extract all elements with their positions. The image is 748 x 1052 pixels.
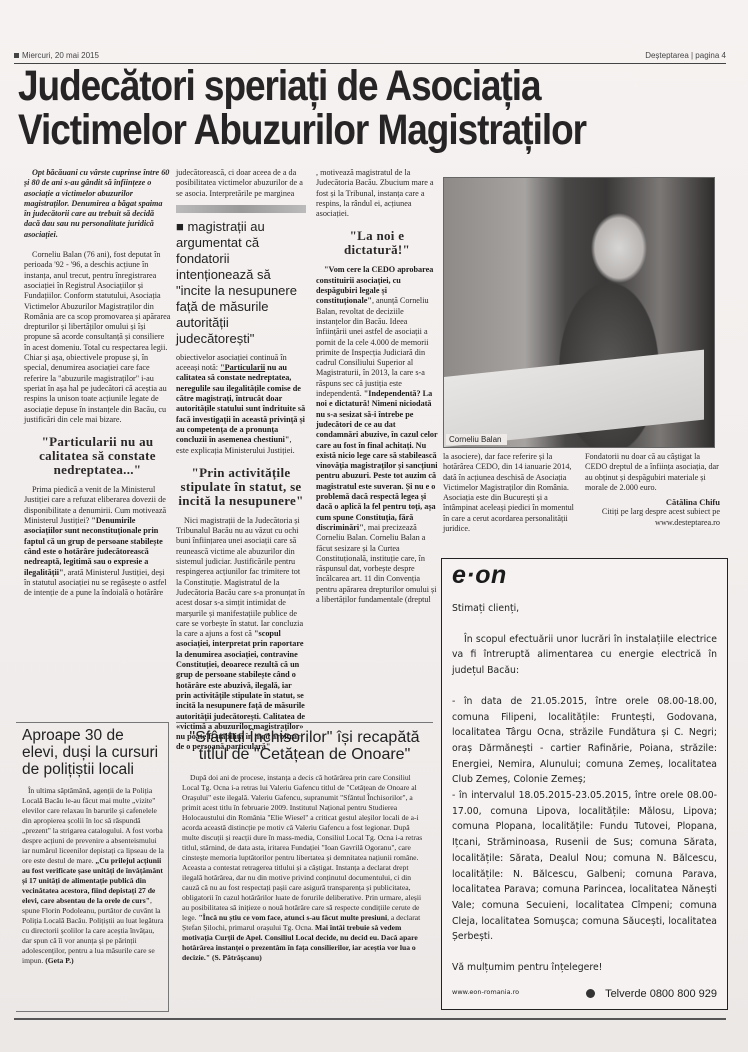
article-paragraph: După doi ani de procese, instanța a deci…	[182, 773, 427, 963]
outage-item: - în intervalul 18.05.2015-23.05.2015, î…	[452, 788, 717, 945]
main-article-col-4: la asociere), dar face referire și la ho…	[443, 452, 578, 534]
subheading: "La noi e dictatură!"	[316, 229, 438, 257]
subheading: "Particularii nu au calitatea să constat…	[24, 435, 171, 477]
eon-logo: e·on	[452, 561, 717, 589]
photo-documents	[444, 350, 704, 447]
article-lead: Opt băcăuani cu vârste cuprinse între 60…	[24, 168, 171, 240]
article-paragraph: la asociere), dar face referire și la ho…	[443, 452, 578, 534]
issue-date: Miercuri, 20 mai 2015	[14, 51, 99, 60]
eon-advertisement: e·on Stimați clienți, În scopul efectuăr…	[441, 558, 728, 1010]
article-paragraph: obiectivelor asociației continuă în acee…	[176, 353, 306, 456]
ad-thanks: Vă mulțumim pentru înțelegere!	[452, 960, 717, 976]
article-paragraph: Fondatorii nu doar că au câștigat la CED…	[585, 452, 720, 493]
ad-footer: www.eon-romania.ro Telverde 0800 800 929	[452, 987, 717, 1003]
article-paragraph: Prima piedică a venit de la Ministerul J…	[24, 485, 171, 598]
pull-quote: ■ magistrații au argumentat că fondatori…	[176, 219, 306, 347]
students-article-title: Aproape 30 de elevi, duși la cursuri de …	[22, 727, 164, 778]
photo-corneliu-balan: Corneliu Balan	[443, 177, 715, 448]
ad-intro: În scopul efectuării unor lucrări în ins…	[452, 632, 717, 679]
main-article-col-3: , motivează magistratul de la Judecători…	[316, 168, 438, 605]
article-paragraph: În ultima săptămână, agenții de la Poliț…	[22, 786, 164, 966]
read-more-link[interactable]: Citiți pe larg despre acest subiect pe w…	[585, 507, 720, 528]
article-paragraph: "Vom cere la CEDO aprobarea constituirii…	[316, 265, 438, 605]
article-paragraph: Corneliu Balan (76 ani), fost deputat în…	[24, 250, 171, 425]
main-article-col-1: Opt băcăuani cu vârste cuprinse între 60…	[24, 168, 171, 598]
bottom-rule	[14, 1018, 726, 1020]
article-paragraph: Nici magistrații de la Judecătoria și Tr…	[176, 516, 306, 753]
eon-website-link[interactable]: www.eon-romania.ro	[452, 985, 519, 1001]
photo-caption: Corneliu Balan	[446, 434, 507, 445]
article-author: Cătălina Chifu	[585, 497, 720, 507]
students-article: Aproape 30 de elevi, duși la cursuri de …	[16, 722, 169, 1012]
article-paragraph: judecătorească, ci doar aceea de a da po…	[176, 168, 306, 199]
main-article-col-5: Fondatorii nu doar că au câștigat la CED…	[585, 452, 720, 528]
publication-page: Deșteptarea | pagina 4	[645, 51, 726, 60]
gafencu-article-title: "Sfântul Închisorilor" își recapătă titl…	[182, 729, 427, 763]
article-paragraph: , motivează magistratul de la Judecători…	[316, 168, 438, 219]
outage-item: - în data de 21.05.2015, între orele 08.…	[452, 694, 717, 788]
ad-phone: Telverde 0800 800 929	[586, 987, 717, 1003]
headline-line-1: Judecători speriați de Asociația	[18, 64, 637, 108]
ad-greeting: Stimați clienți,	[452, 601, 717, 617]
subheading: "Prin activitățile stipulate în statut, …	[176, 466, 306, 508]
page-headline: Judecători speriați de Asociația Victime…	[18, 64, 637, 152]
headline-line-2: Victimelor Abuzurilor Magistraților	[18, 108, 637, 152]
main-article-col-2: judecătorească, ci doar aceea de a da po…	[176, 168, 306, 753]
pull-quote-divider	[176, 205, 306, 213]
gafencu-article: "Sfântul Închisorilor" își recapătă titl…	[176, 722, 433, 1012]
newspaper-page: Miercuri, 20 mai 2015 Deșteptarea | pagi…	[0, 0, 748, 1052]
phone-icon	[586, 989, 595, 998]
